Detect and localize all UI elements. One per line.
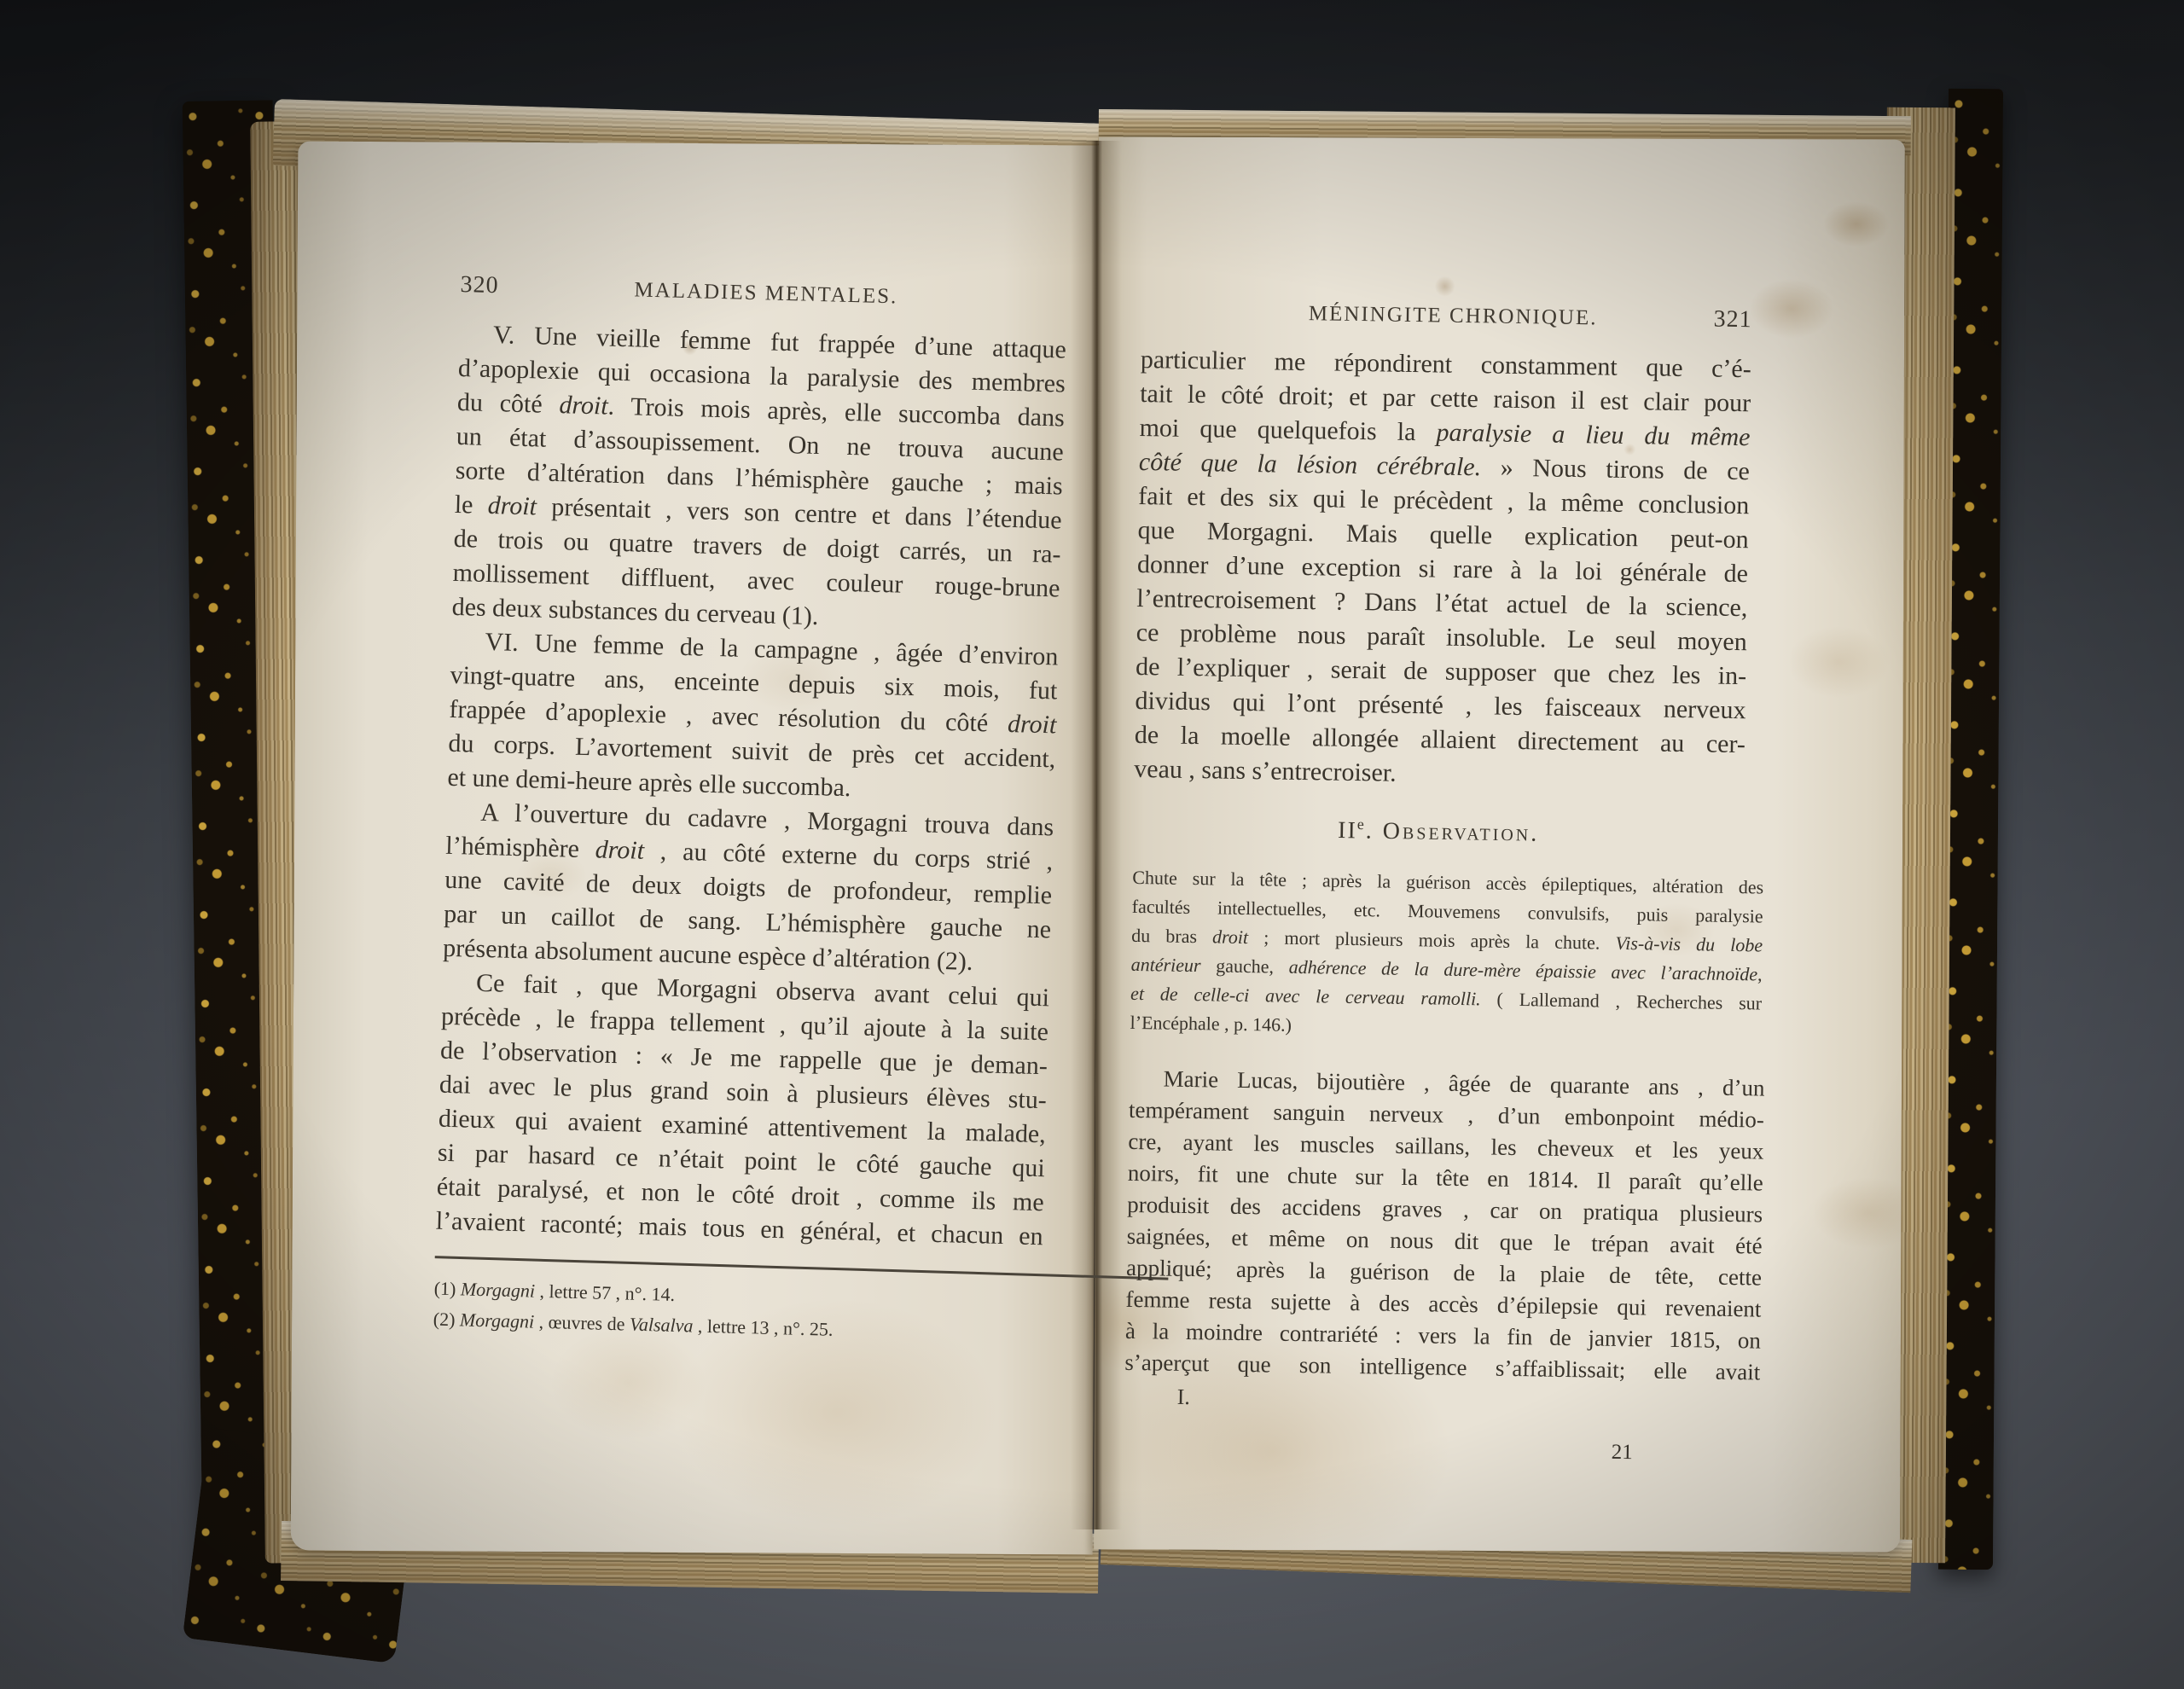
observation-numeral: II: [1338, 817, 1357, 844]
paragraph: particulier me répondirent constamment q…: [1134, 343, 1751, 796]
observation-summary: Chute sur la tête ; après la guérison ac…: [1130, 863, 1763, 1048]
left-paragraphs: V. Une vieille femme fut frappée d’une a…: [435, 317, 1066, 1254]
sheet-number: 21: [1612, 1441, 1633, 1465]
bottom-marks: I. 21: [1123, 1384, 1735, 1487]
book-gutter-shadow: [1071, 141, 1122, 1529]
paragraph: VI. Une femme de la campagne , âgée d’en…: [447, 624, 1059, 811]
paragraph: V. Une vieille femme fut frappée d’une a…: [451, 317, 1066, 641]
observation-label: . Observation.: [1366, 818, 1540, 847]
signature-mark: I.: [1177, 1384, 1191, 1410]
right-page-number: 321: [1713, 306, 1751, 334]
left-page-number: 320: [460, 271, 499, 299]
observation-heading: IIe. Observation.: [1133, 812, 1744, 851]
observation-superscript: e: [1357, 815, 1366, 833]
paragraph: A l’ouverture du cadavre , Morgagni trou…: [443, 795, 1054, 982]
paragraph: Ce fait , que Morgagni observa avant cel…: [435, 966, 1049, 1255]
right-paragraphs: particulier me répondirent constamment q…: [1134, 343, 1751, 796]
photo-of-open-book: { "left_page": { "page_number": "320", "…: [0, 0, 2184, 1689]
case-paragraph: Marie Lucas, bijoutière , âgée de quaran…: [1124, 1063, 1765, 1389]
right-running-title: MÉNINGITE CHRONIQUE.: [1141, 299, 1714, 333]
right-page-text: MÉNINGITE CHRONIQUE. 321 particulier me …: [1123, 297, 1752, 1487]
left-page-text: 320 MALADIES MENTALES. V. Une vieille fe…: [433, 271, 1067, 1350]
